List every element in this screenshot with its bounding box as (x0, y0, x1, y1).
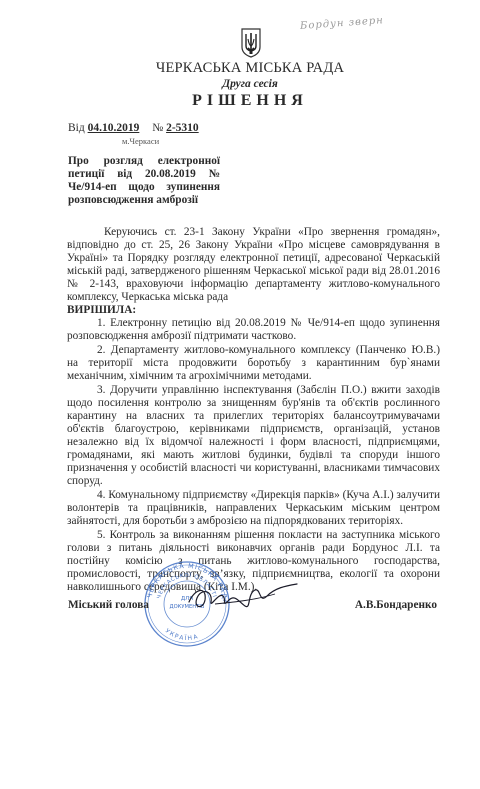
date-prefix: Від (68, 122, 85, 134)
decision-item-4: 4. Комунальному підприємству «Дирекція п… (67, 489, 440, 528)
signature-icon (185, 578, 300, 618)
document-page: Бордун зверн ЧЕРКАСЬКА МІСЬКА РАДА Друга… (0, 0, 480, 789)
document-type-title: РІШЕННЯ (0, 92, 480, 110)
subject-line: розповсюдження амброзії (68, 194, 220, 207)
decision-date: 04.10.2019 (88, 122, 140, 134)
decision-body: Керуючись ст. 23-1 Закону України «Про з… (67, 226, 440, 595)
decided-heading: ВИРІШИЛА: (67, 304, 440, 317)
decision-subject: Про розгляд електронної петиції від 20.0… (68, 155, 220, 207)
signatory-name: А.В.Бондаренко (355, 599, 437, 611)
council-name: ЧЕРКАСЬКА МІСЬКА РАДА (0, 60, 480, 77)
decision-number: 2-5310 (166, 122, 199, 134)
decision-item-2: 2. Департаменту житлово-комунального ком… (67, 344, 440, 383)
trident-emblem-icon (240, 27, 262, 59)
handwritten-note: Бордун зверн (300, 15, 384, 32)
reference-line: Від 04.10.2019 № 2-5310 (68, 122, 199, 134)
number-prefix: № (152, 122, 163, 134)
decision-item-3: 3. Доручити управлінню інспектування (За… (67, 384, 440, 488)
city-label: м.Черкаси (122, 136, 159, 146)
preamble-paragraph: Керуючись ст. 23-1 Закону України «Про з… (67, 226, 440, 304)
subject-line: петиції від 20.08.2019 № (68, 168, 220, 181)
subject-line: Че/914-еп щодо зупинення (68, 181, 220, 194)
decision-item-1: 1. Електронну петицію від 20.08.2019 № Ч… (67, 317, 440, 343)
session-label: Друга сесія (0, 78, 480, 90)
subject-line: Про розгляд електронної (68, 155, 220, 168)
signatory-title: Міський голова (68, 599, 149, 611)
svg-text:УКРАЇНА: УКРАЇНА (164, 628, 200, 643)
